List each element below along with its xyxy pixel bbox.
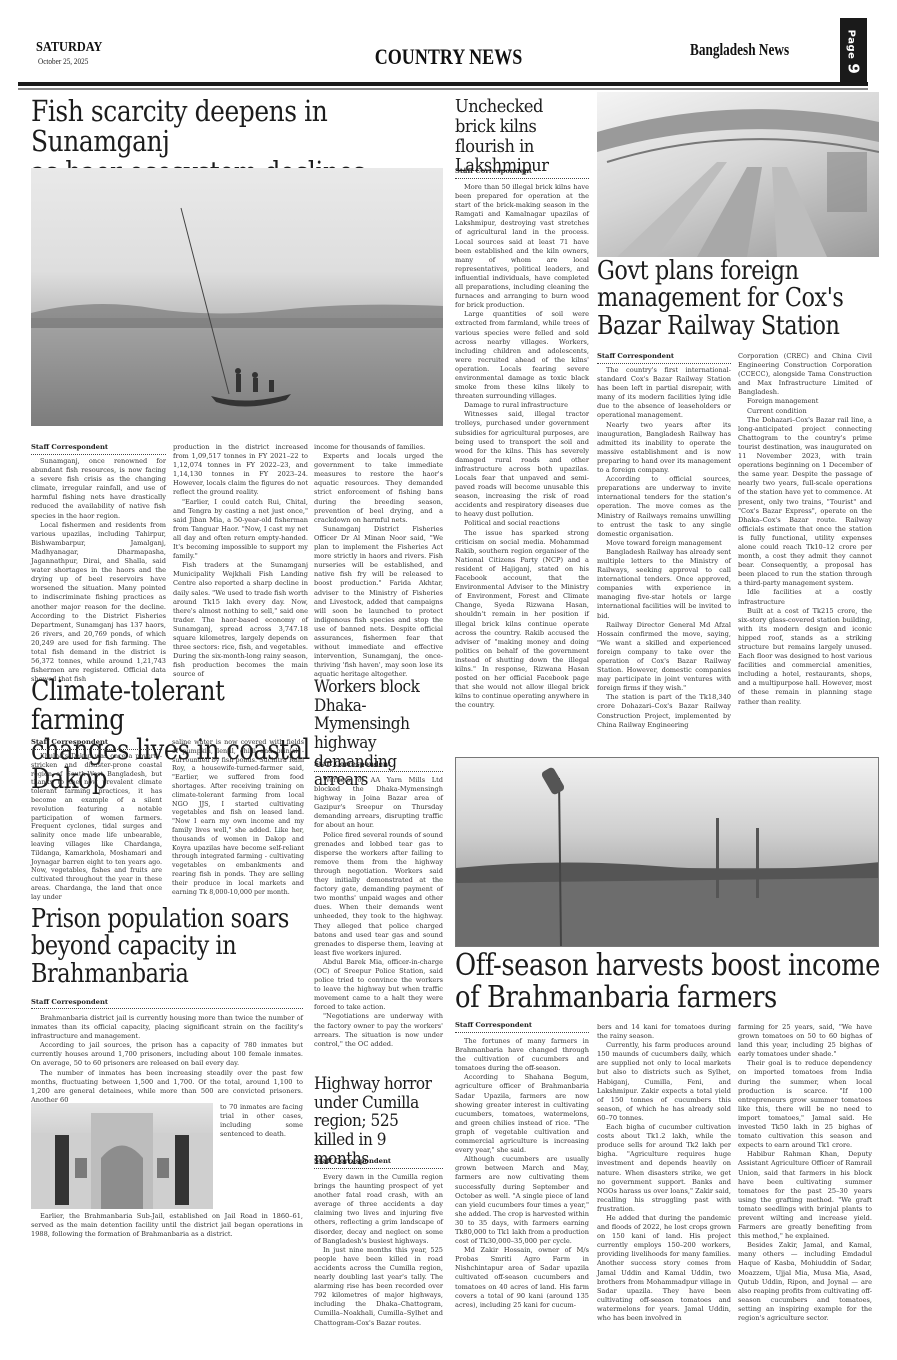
headline: Off-season harvests boost income (455, 950, 885, 982)
page-number: 9 (845, 63, 863, 74)
subheading: Current condition (738, 407, 872, 416)
headline: Fish scarcity deepens in Sunamganj (31, 96, 444, 157)
article-column: Workers of AA Yarn Mills Ltd blocked the… (314, 776, 443, 1049)
byline: Staff Correspondent (455, 1021, 589, 1033)
subheading: Foreign management (738, 397, 872, 406)
article-column: saline water is now covered with fields … (172, 738, 304, 896)
subheading: Damage to rural infrastructure (455, 401, 589, 410)
headline: Climate-tolerant farming (31, 676, 323, 735)
page-number-tab: Page9 (840, 18, 867, 86)
headline: Workers block Dhaka-Mymensingh highway d… (314, 678, 440, 790)
newspaper-name: Bangladesh News (690, 40, 789, 60)
article-column: Earlier, the Brahmanbaria Sub-Jail, esta… (31, 1212, 303, 1239)
byline: Staff Correspondent (314, 1157, 443, 1169)
byline: Staff Correspondent (597, 352, 731, 364)
farm-field-bottle-trap-photo (455, 757, 879, 947)
headline: Prison population soars beyond capacity … (31, 906, 289, 988)
article-column: Corporation (CREC) and China Civil Engin… (738, 352, 872, 707)
article-column: The country's first international-standa… (597, 366, 731, 730)
byline: Staff Correspondent (314, 760, 443, 772)
fishermen-boat-haor-photo (31, 168, 443, 426)
headline: Highway horror under Cumilla region; 525… (314, 1075, 440, 1168)
article-column: The fortunes of many farmers in Brahmanb… (455, 1037, 589, 1310)
masthead-rule-thin (18, 88, 868, 90)
article-column: production in the district increased fro… (173, 443, 308, 679)
masthead-rule (18, 82, 868, 86)
article-column: Sunamganj, once renowned for abundant fi… (31, 457, 166, 684)
article-column: More than 50 illegal brick kilns have be… (455, 183, 589, 710)
byline: Staff Correspondent (455, 167, 589, 179)
page-label: Page (846, 30, 857, 60)
headline: of Brahmanbaria farmers (455, 982, 885, 1014)
headline: Unchecked brick kilns flourish in Lakshm… (455, 97, 581, 176)
railway-station-rendering-photo (597, 92, 879, 257)
article-column: income for thousands of families. Expert… (314, 443, 443, 679)
byline: Staff Correspondent (31, 443, 166, 455)
article-column: Every dawn in the Cumilla region brings … (314, 1173, 443, 1328)
article-column: Khulna's Dakop was once a poverty-strick… (31, 752, 162, 902)
headline: Govt plans foreign management for Cox's … (597, 258, 881, 340)
subheading: Political and social reactions (455, 519, 589, 528)
byline-rule (31, 1008, 303, 1009)
brahmanbaria-jail-gate-photo (31, 1103, 213, 1209)
byline: Staff Correspondent (31, 738, 162, 750)
article-column: Brahmanbaria district jail is currently … (31, 1014, 303, 1105)
article-column: farming for 25 years, said, "We have gro… (738, 1023, 872, 1323)
subheading: Move toward foreign management (597, 539, 731, 548)
subheading: Idle facilities at a costly infrastructu… (738, 588, 872, 606)
article-column: to 70 inmates are facing trial in other … (220, 1103, 303, 1139)
article-column: bers and 14 kani for tomatoes during the… (597, 1023, 731, 1323)
